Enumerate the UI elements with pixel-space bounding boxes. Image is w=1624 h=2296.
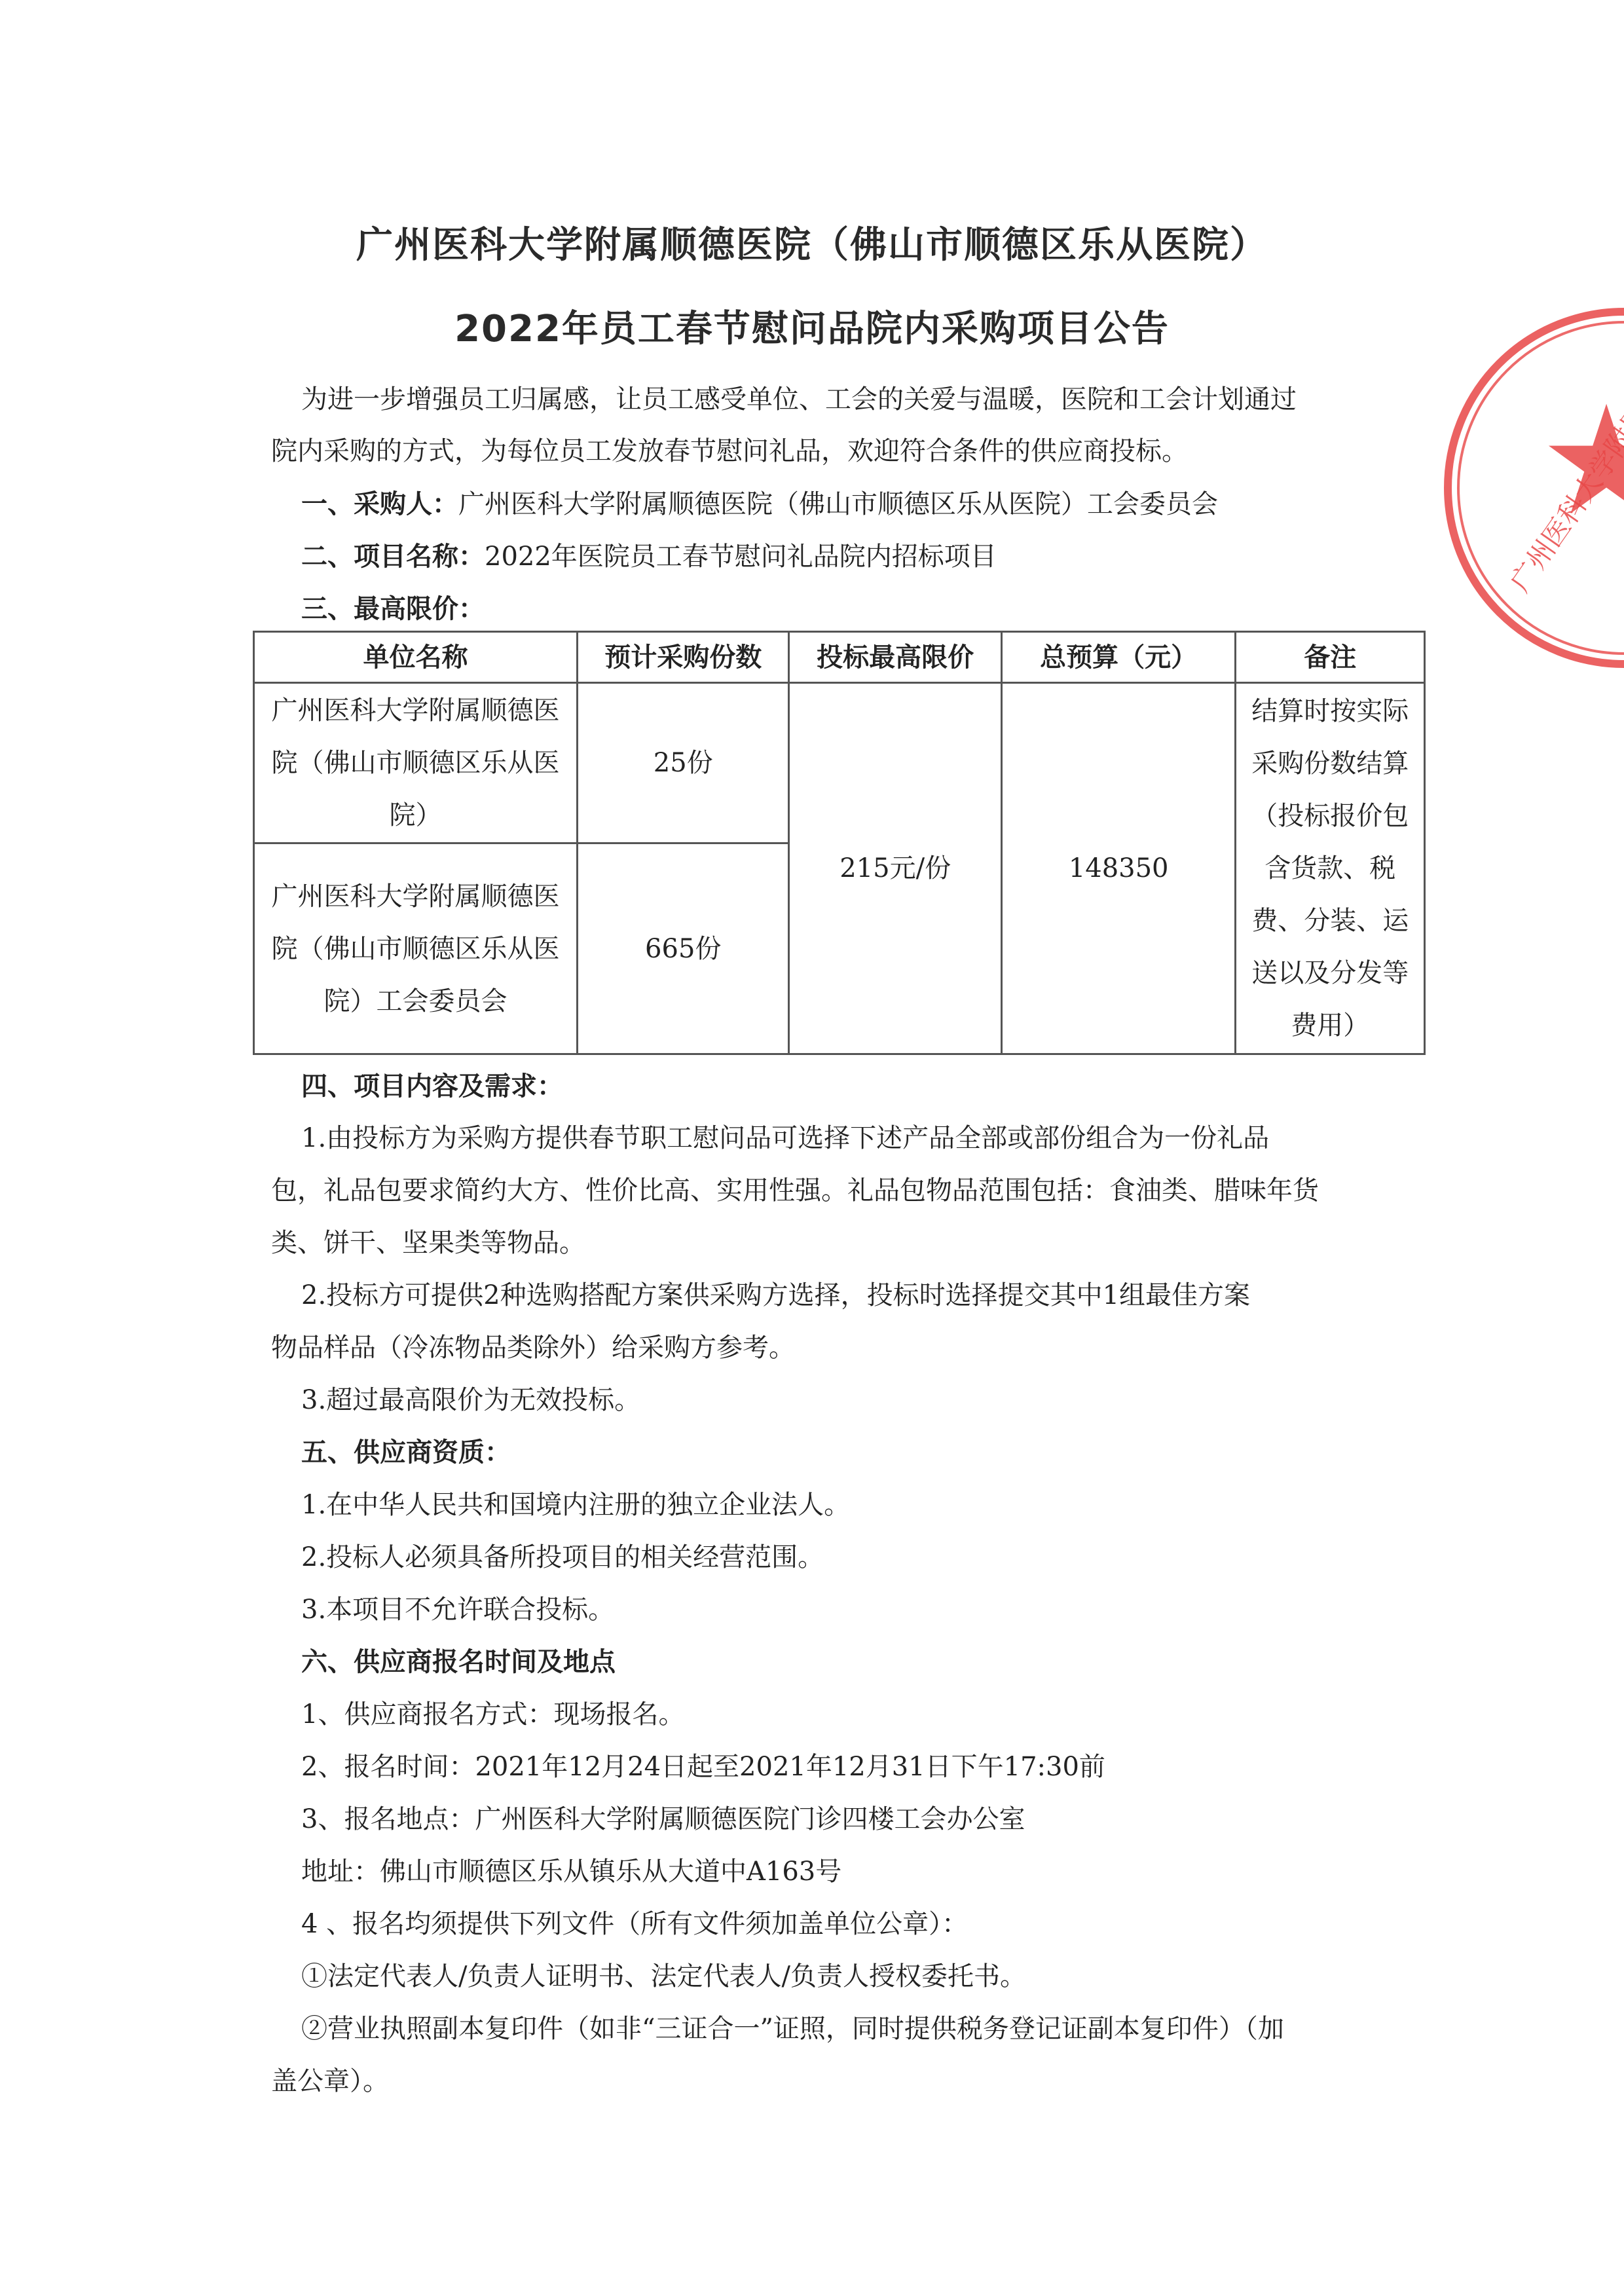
requirement-3: 3.超过最高限价为无效投标。 — [301, 1383, 640, 1417]
registration-address: 地址：佛山市顺德区乐从镇乐从大道中A163号 — [301, 1855, 841, 1889]
title-line-2: 2022年员工春节慰问品院内采购项目公告 — [0, 300, 1624, 352]
requirement-2-line-1: 2.投标方可提供2种选购搭配方案供采购方选择，投标时选择提交其中1组最佳方案 — [301, 1278, 1250, 1312]
cell-remark: 结算时按实际采购份数结算（投标报价包含货款、税费、分装、运送以及分发等费用） — [1236, 683, 1425, 1054]
section-heading: 一、采购人： — [301, 489, 458, 519]
header-total-budget: 总预算（元） — [1001, 632, 1236, 683]
table-header-row: 单位名称 预计采购份数 投标最高限价 总预算（元） 备注 — [254, 632, 1425, 683]
requirement-2-line-2: 物品样品（冷冻物品类除外）给采购方参考。 — [271, 1331, 795, 1365]
section-registration-heading: 六、供应商报名时间及地点 — [301, 1645, 616, 1679]
intro-line-2: 院内采购的方式，为每位员工发放春节慰问礼品，欢迎符合条件的供应商投标。 — [271, 434, 1188, 468]
required-document-2-line-2: 盖公章）。 — [271, 2064, 389, 2098]
section-qualification-heading: 五、供应商资质： — [301, 1435, 511, 1470]
header-max-price: 投标最高限价 — [789, 632, 1001, 683]
cell-unit: 广州医科大学附属顺德医院（佛山市顺德区乐从医院）工会委员会 — [254, 843, 578, 1054]
cell-quantity: 25份 — [578, 683, 789, 843]
registration-location: 3、报名地点：广州医科大学附属顺德医院门诊四楼工会办公室 — [301, 1802, 1025, 1836]
requirement-1-line-2: 包，礼品包要求简约大方、性价比高、实用性强。礼品包物品范围包括：食油类、腊味年货 — [271, 1174, 1319, 1208]
project-name-value: 2022年医院员工春节慰问礼品院内招标项目 — [485, 542, 997, 572]
section-max-price-heading: 三、最高限价： — [301, 592, 485, 626]
qualification-1: 1.在中华人民共和国境内注册的独立企业法人。 — [301, 1488, 850, 1522]
price-table: 单位名称 预计采购份数 投标最高限价 总预算（元） 备注 广州医科大学附属顺德医… — [253, 631, 1426, 1055]
section-heading: 二、项目名称： — [301, 542, 485, 572]
required-document-2-line-1: ②营业执照副本复印件（如非“三证合一”证照，同时提供税务登记证副本复印件）（加 — [301, 2012, 1284, 2046]
required-documents: 4 、报名均须提供下列文件（所有文件须加盖单位公章）： — [301, 1907, 968, 1941]
purchaser-value: 广州医科大学附属顺德医院（佛山市顺德区乐从医院）工会委员会 — [458, 489, 1218, 519]
requirement-1-line-3: 类、饼干、坚果类等物品。 — [271, 1226, 585, 1260]
section-project-name: 二、项目名称：2022年医院员工春节慰问礼品院内招标项目 — [301, 540, 997, 574]
cell-unit: 广州医科大学附属顺德医院（佛山市顺德区乐从医院） — [254, 683, 578, 843]
registration-method: 1、供应商报名方式：现场报名。 — [301, 1697, 684, 1731]
registration-time: 2、报名时间：2021年12月24日起至2021年12月31日下午17:30前 — [301, 1750, 1105, 1784]
cell-max-price: 215元/份 — [789, 683, 1001, 1054]
cell-total-budget: 148350 — [1001, 683, 1236, 1054]
requirement-1-line-1: 1.由投标方为采购方提供春节职工慰问品可选择下述产品全部或部份组合为一份礼品 — [301, 1121, 1269, 1155]
qualification-2: 2.投标人必须具备所投项目的相关经营范围。 — [301, 1540, 824, 1574]
section-purchaser: 一、采购人：广州医科大学附属顺德医院（佛山市顺德区乐从医院）工会委员会 — [301, 487, 1218, 521]
cell-quantity: 665份 — [578, 843, 789, 1054]
title-line-1: 广州医科大学附属顺德医院（佛山市顺德区乐从医院） — [0, 216, 1624, 268]
intro-line-1: 为进一步增强员工归属感，让员工感受单位、工会的关爱与温暖，医院和工会计划通过 — [301, 382, 1297, 417]
header-quantity: 预计采购份数 — [578, 632, 789, 683]
table-row: 广州医科大学附属顺德医院（佛山市顺德区乐从医院） 25份 215元/份 1483… — [254, 683, 1425, 843]
header-remark: 备注 — [1236, 632, 1425, 683]
required-document-1: ①法定代表人/负责人证明书、法定代表人/负责人授权委托书。 — [301, 1959, 1026, 1993]
qualification-3: 3.本项目不允许联合投标。 — [301, 1593, 614, 1627]
header-unit: 单位名称 — [254, 632, 578, 683]
section-requirements-heading: 四、项目内容及需求： — [301, 1069, 563, 1103]
